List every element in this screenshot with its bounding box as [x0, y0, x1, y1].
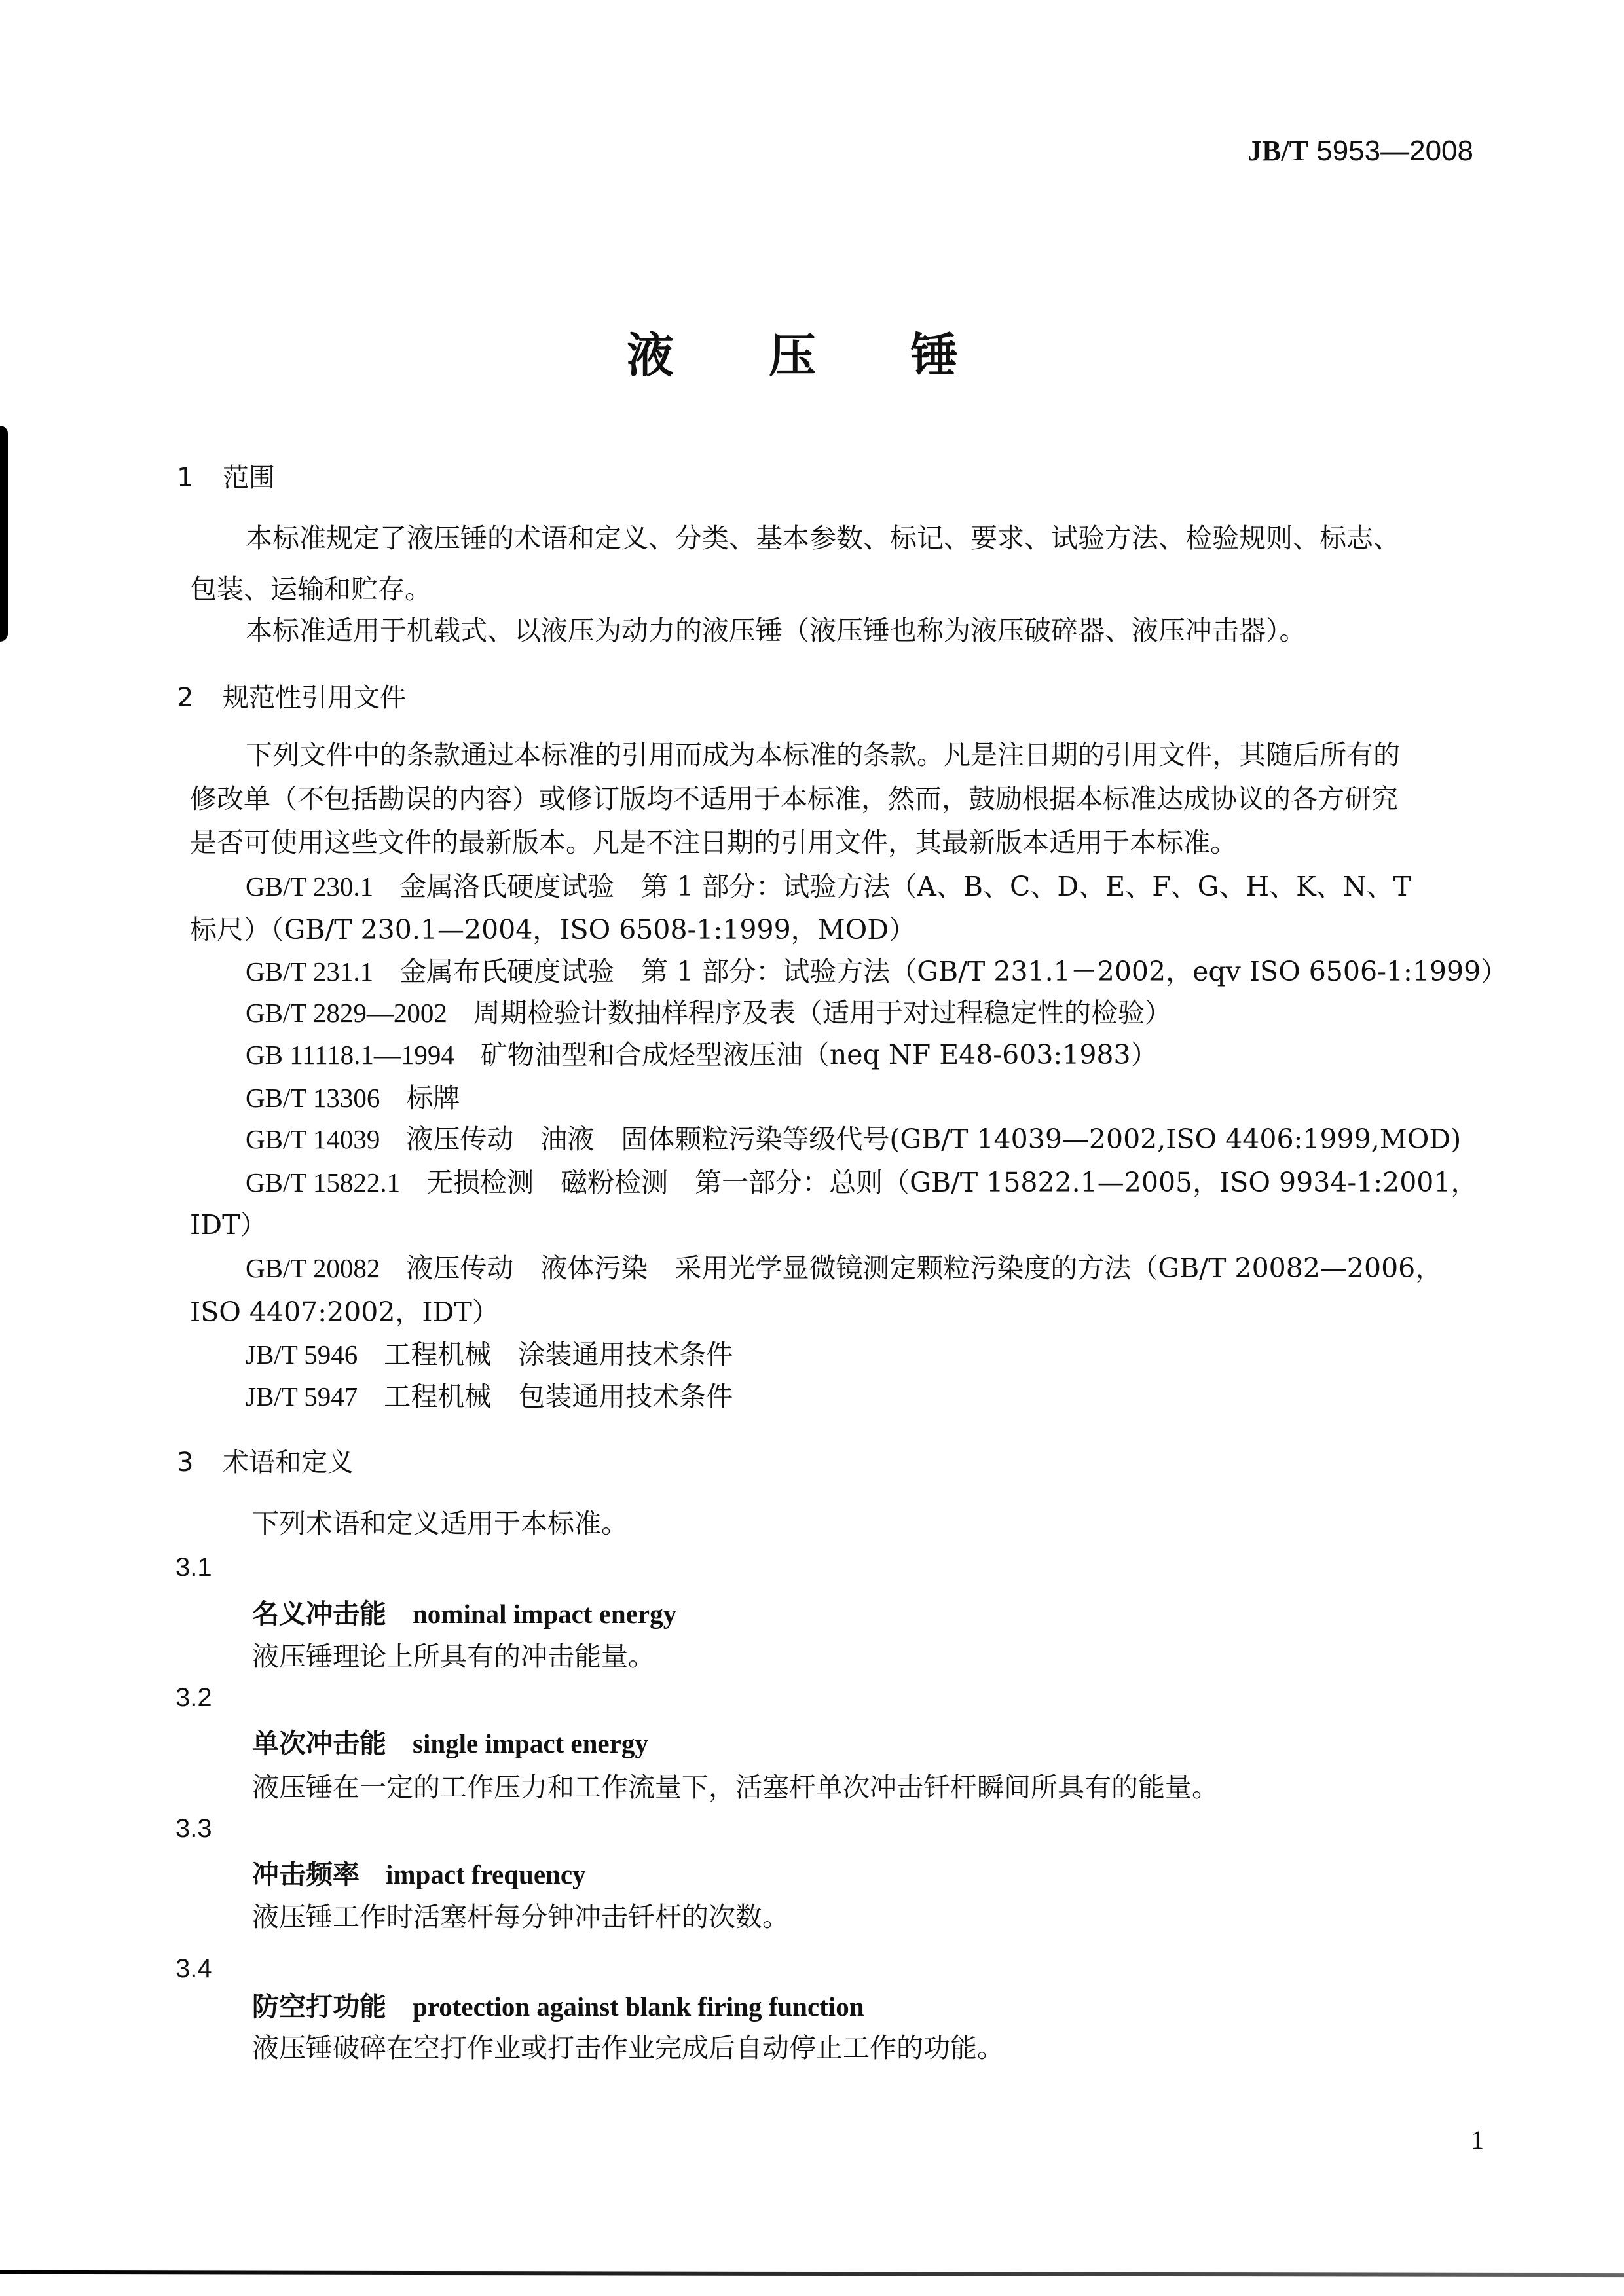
reference-code: GB/T 15822.1 — [246, 1167, 400, 1197]
reference-item: GB/T 13306标牌 — [246, 1082, 460, 1114]
reference-item: GB/T 15822.1无损检测 磁粉检测 第一部分：总则（GB/T 15822… — [246, 1166, 1477, 1199]
term-zh: 防空打功能 — [252, 1991, 386, 2022]
section-title: 规范性引用文件 — [223, 683, 406, 713]
reference-title: 工程机械 包装通用技术条件 — [384, 1381, 733, 1412]
term-zh: 名义冲击能 — [252, 1598, 386, 1630]
reference-code: GB 11118.1—1994 — [246, 1040, 454, 1070]
term-en: nominal impact energy — [413, 1599, 676, 1629]
reference-code: GB/T 231.1 — [246, 957, 373, 987]
reference-item: GB/T 20082液压传动 液体污染 采用光学显微镜测定颗粒污染度的方法（GB… — [246, 1252, 1442, 1285]
section-number: 2 — [177, 682, 223, 714]
reference-title: 液压传动 液体污染 采用光学显微镜测定颗粒污染度的方法（GB/T 20082—2… — [406, 1252, 1442, 1284]
reference-title: 工程机械 涂装通用技术条件 — [384, 1339, 733, 1370]
paragraph-line: 包装、运输和贮存。 — [190, 573, 432, 606]
term-definition: 液压锤在一定的工作压力和工作流量下，活塞杆单次冲击钎杆瞬间所具有的能量。 — [252, 1771, 1219, 1804]
paragraph-line: 本标准适用于机载式、以液压为动力的液压锤（液压锤也称为液压破碎器、液压冲击器）。 — [246, 614, 1306, 647]
reference-item: GB/T 230.1金属洛氏硬度试验 第 1 部分：试验方法（A、B、C、D、E… — [246, 870, 1411, 903]
reference-item: GB 11118.1—1994矿物油型和合成烃型液压油（neq NF E48-6… — [246, 1038, 1158, 1071]
section-title: 范围 — [223, 463, 275, 493]
term-en: protection against blank firing function — [413, 1992, 864, 2022]
reference-item-continuation: 标尺）（GB/T 230.1—2004，ISO 6508-1:1999，MOD） — [190, 913, 915, 946]
term-zh: 单次冲击能 — [252, 1728, 386, 1759]
term-definition: 液压锤破碎在空打作业或打击作业完成后自动停止工作的功能。 — [252, 2032, 1004, 2064]
term-number: 3.1 — [175, 1551, 212, 1584]
reference-code: JB/T 5947 — [246, 1381, 358, 1412]
reference-title: 金属布氏硬度试验 第 1 部分：试验方法（GB/T 231.1－2002，eqv… — [399, 956, 1507, 987]
paragraph-line: 下列术语和定义适用于本标准。 — [252, 1507, 628, 1540]
reference-code: GB/T 2829—2002 — [246, 998, 447, 1028]
reference-code: JB/T 5946 — [246, 1339, 358, 1370]
term-zh: 冲击频率 — [252, 1859, 360, 1890]
reference-item: JB/T 5946工程机械 涂装通用技术条件 — [246, 1338, 733, 1371]
document-page: JB/T 5953—2008 液 压 锤 1范围 本标准规定了液压锤的术语和定义… — [0, 0, 1624, 2296]
scan-edge-shadow-bottom — [0, 2270, 1624, 2277]
term-number: 3.4 — [175, 1952, 212, 1985]
paragraph-line: 本标准规定了液压锤的术语和定义、分类、基本参数、标记、要求、试验方法、检验规则、… — [246, 522, 1400, 555]
reference-title: 液压传动 油液 固体颗粒污染等级代号(GB/T 14039—2002,ISO 4… — [406, 1123, 1461, 1155]
term-number: 3.2 — [175, 1681, 212, 1714]
section-3-heading: 3术语和定义 — [177, 1446, 354, 1479]
term-en: single impact energy — [413, 1728, 648, 1758]
reference-item: GB/T 14039液压传动 油液 固体颗粒污染等级代号(GB/T 14039—… — [246, 1123, 1461, 1156]
section-2-heading: 2规范性引用文件 — [177, 682, 406, 714]
term-heading: 冲击频率impact frequency — [252, 1858, 586, 1891]
reference-item-continuation: ISO 4407:2002，IDT） — [190, 1296, 499, 1328]
page-number: 1 — [1471, 2124, 1484, 2155]
term-heading: 防空打功能protection against blank firing fun… — [252, 1990, 864, 2023]
section-number: 1 — [177, 462, 223, 494]
reference-title: 无损检测 磁粉检测 第一部分：总则（GB/T 15822.1—2005，ISO … — [426, 1167, 1477, 1198]
paragraph-line: 是否可使用这些文件的最新版本。凡是不注日期的引用文件，其最新版本适用于本标准。 — [190, 826, 1237, 859]
reference-code: GB/T 14039 — [246, 1124, 380, 1154]
reference-code: GB/T 230.1 — [246, 871, 373, 902]
reference-item-continuation: IDT） — [190, 1209, 267, 1241]
reference-title: 周期检验计数抽样程序及表（适用于对过程稳定性的检验） — [473, 997, 1172, 1029]
reference-title: 金属洛氏硬度试验 第 1 部分：试验方法（A、B、C、D、E、F、G、H、K、N… — [399, 871, 1411, 902]
term-definition: 液压锤工作时活塞杆每分钟冲击钎杆的次数。 — [252, 1901, 789, 1933]
reference-item: GB/T 231.1金属布氏硬度试验 第 1 部分：试验方法（GB/T 231.… — [246, 955, 1507, 988]
paragraph-line: 下列文件中的条款通过本标准的引用而成为本标准的条款。凡是注日期的引用文件，其随后… — [246, 738, 1400, 771]
section-number: 3 — [177, 1446, 223, 1479]
term-en: impact frequency — [386, 1859, 586, 1889]
document-title: 液 压 锤 — [0, 318, 1624, 386]
scan-edge-shadow-left — [0, 426, 8, 642]
term-definition: 液压锤理论上所具有的冲击能量。 — [252, 1640, 655, 1673]
reference-code: GB/T 13306 — [246, 1083, 380, 1113]
section-title: 术语和定义 — [223, 1448, 354, 1478]
standard-code-number: 5953—2008 — [1316, 135, 1473, 167]
term-heading: 名义冲击能nominal impact energy — [252, 1597, 676, 1630]
reference-item: GB/T 2829—2002周期检验计数抽样程序及表（适用于对过程稳定性的检验） — [246, 996, 1172, 1029]
term-number: 3.3 — [175, 1812, 212, 1845]
reference-item: JB/T 5947工程机械 包装通用技术条件 — [246, 1380, 733, 1413]
term-heading: 单次冲击能single impact energy — [252, 1727, 648, 1760]
standard-code-prefix: JB/T — [1247, 135, 1308, 167]
standard-code-header: JB/T 5953—2008 — [1247, 134, 1473, 168]
paragraph-line: 修改单（不包括勘误的内容）或修订版均不适用于本标准，然而，鼓励根据本标准达成协议… — [190, 782, 1398, 815]
reference-code: GB/T 20082 — [246, 1253, 380, 1283]
reference-title: 矿物油型和合成烃型液压油（neq NF E48-603:1983） — [481, 1039, 1158, 1070]
reference-title: 标牌 — [406, 1082, 460, 1114]
section-1-heading: 1范围 — [177, 462, 275, 494]
